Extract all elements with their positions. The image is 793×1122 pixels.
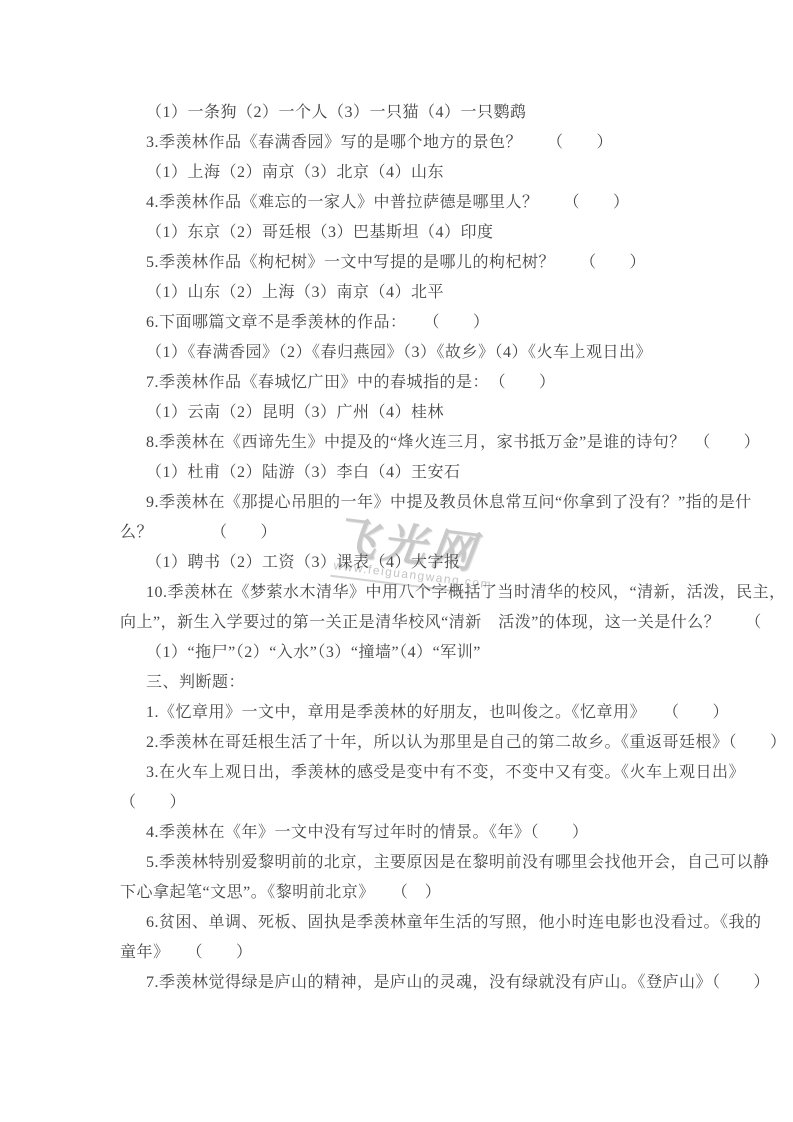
doc-line: （1）一条狗（2）一个人（3）一只猫（4）一只鹦鹉	[120, 98, 686, 128]
doc-line: （1）《春满香园》（2）《春归燕园》（3）《故乡》（4）《火车上观日出》	[120, 338, 686, 368]
doc-line: （1）杜甫（2）陆游（3）李白（4）王安石	[120, 458, 686, 488]
doc-line: （1）聘书（2）工资（3）课表（4）大字报	[120, 548, 686, 578]
doc-line: 10.季羡林在《梦萦水木清华》中用八个字概括了当时清华的校风，“清新，活泼，民主…	[120, 578, 686, 608]
doc-line: 4.季羡林作品《难忘的一家人》中普拉萨德是哪里人？ （ ）	[120, 188, 686, 218]
doc-line: 7.季羡林作品《春城忆广田》中的春城指的是： （ ）	[120, 368, 686, 398]
doc-line: 么？ （ ）	[120, 518, 686, 548]
doc-line: 童年》 （ ）	[120, 938, 686, 968]
doc-line: （1）上海（2）南京（3）北京（4）山东	[120, 158, 686, 188]
doc-line: 三、判断题：	[120, 668, 686, 698]
doc-line: 5.季羡林特别爱黎明前的北京，主要原因是在黎明前没有哪里会找他开会，自己可以静	[120, 848, 686, 878]
doc-line: 6.贫困、单调、死板、固执是季羡林童年生活的写照，他小时连电影也没看过。《我的	[120, 908, 686, 938]
doc-line: （1）山东（2）上海（3）南京（4）北平	[120, 278, 686, 308]
doc-line: 7.季羡林觉得绿是庐山的精神，是庐山的灵魂，没有绿就没有庐山。《登庐山》（ ）	[120, 968, 686, 998]
document-body: （1）一条狗（2）一个人（3）一只猫（4）一只鹦鹉3.季羡林作品《春满香园》写的…	[120, 98, 686, 998]
doc-line: 3.在火车上观日出，季羡林的感受是变中有不变，不变中又有变。《火车上观日出》	[120, 758, 686, 788]
doc-line: 9.季羡林在《那提心吊胆的一年》中提及教员休息常互问“你拿到了没有？”指的是什	[120, 488, 686, 518]
doc-line: （ ）	[120, 788, 686, 818]
doc-line: 5.季羡林作品《枸杞树》一文中写提的是哪儿的枸杞树？ （ ）	[120, 248, 686, 278]
doc-line: 6.下面哪篇文章不是季羡林的作品： （ ）	[120, 308, 686, 338]
document-page: 飞光网 www.feiguangwang.com （1）一条狗（2）一个人（3）…	[0, 0, 793, 1122]
doc-line: （1）东京（2）哥廷根（3）巴基斯坦（4）印度	[120, 218, 686, 248]
doc-line: 8.季羡林在《西谛先生》中提及的“烽火连三月，家书抵万金”是谁的诗句？ （ ）	[120, 428, 686, 458]
doc-line: 2.季羡林在哥廷根生活了十年，所以认为那里是自己的第二故乡。《重返哥廷根》（ ）	[120, 728, 686, 758]
doc-line: （1）云南（2）昆明（3）广州（4）桂林	[120, 398, 686, 428]
doc-line: 向上”，新生入学要过的第一关正是清华校风“清新 活泼”的体现，这一关是什么？ （…	[120, 608, 686, 638]
doc-line: 下心拿起笔“文思”。《黎明前北京》 （ ）	[120, 878, 686, 908]
doc-line: （1）“拖尸”（2）“入水”（3）“撞墙”（4）“军训”	[120, 638, 686, 668]
doc-line: 1.《忆章用》一文中，章用是季羡林的好朋友，也叫俊之。《忆章用》 （ ）	[120, 698, 686, 728]
doc-line: 4.季羡林在《年》一文中没有写过年时的情景。《年》（ ）	[120, 818, 686, 848]
doc-line: 3.季羡林作品《春满香园》写的是哪个地方的景色？ （ ）	[120, 128, 686, 158]
